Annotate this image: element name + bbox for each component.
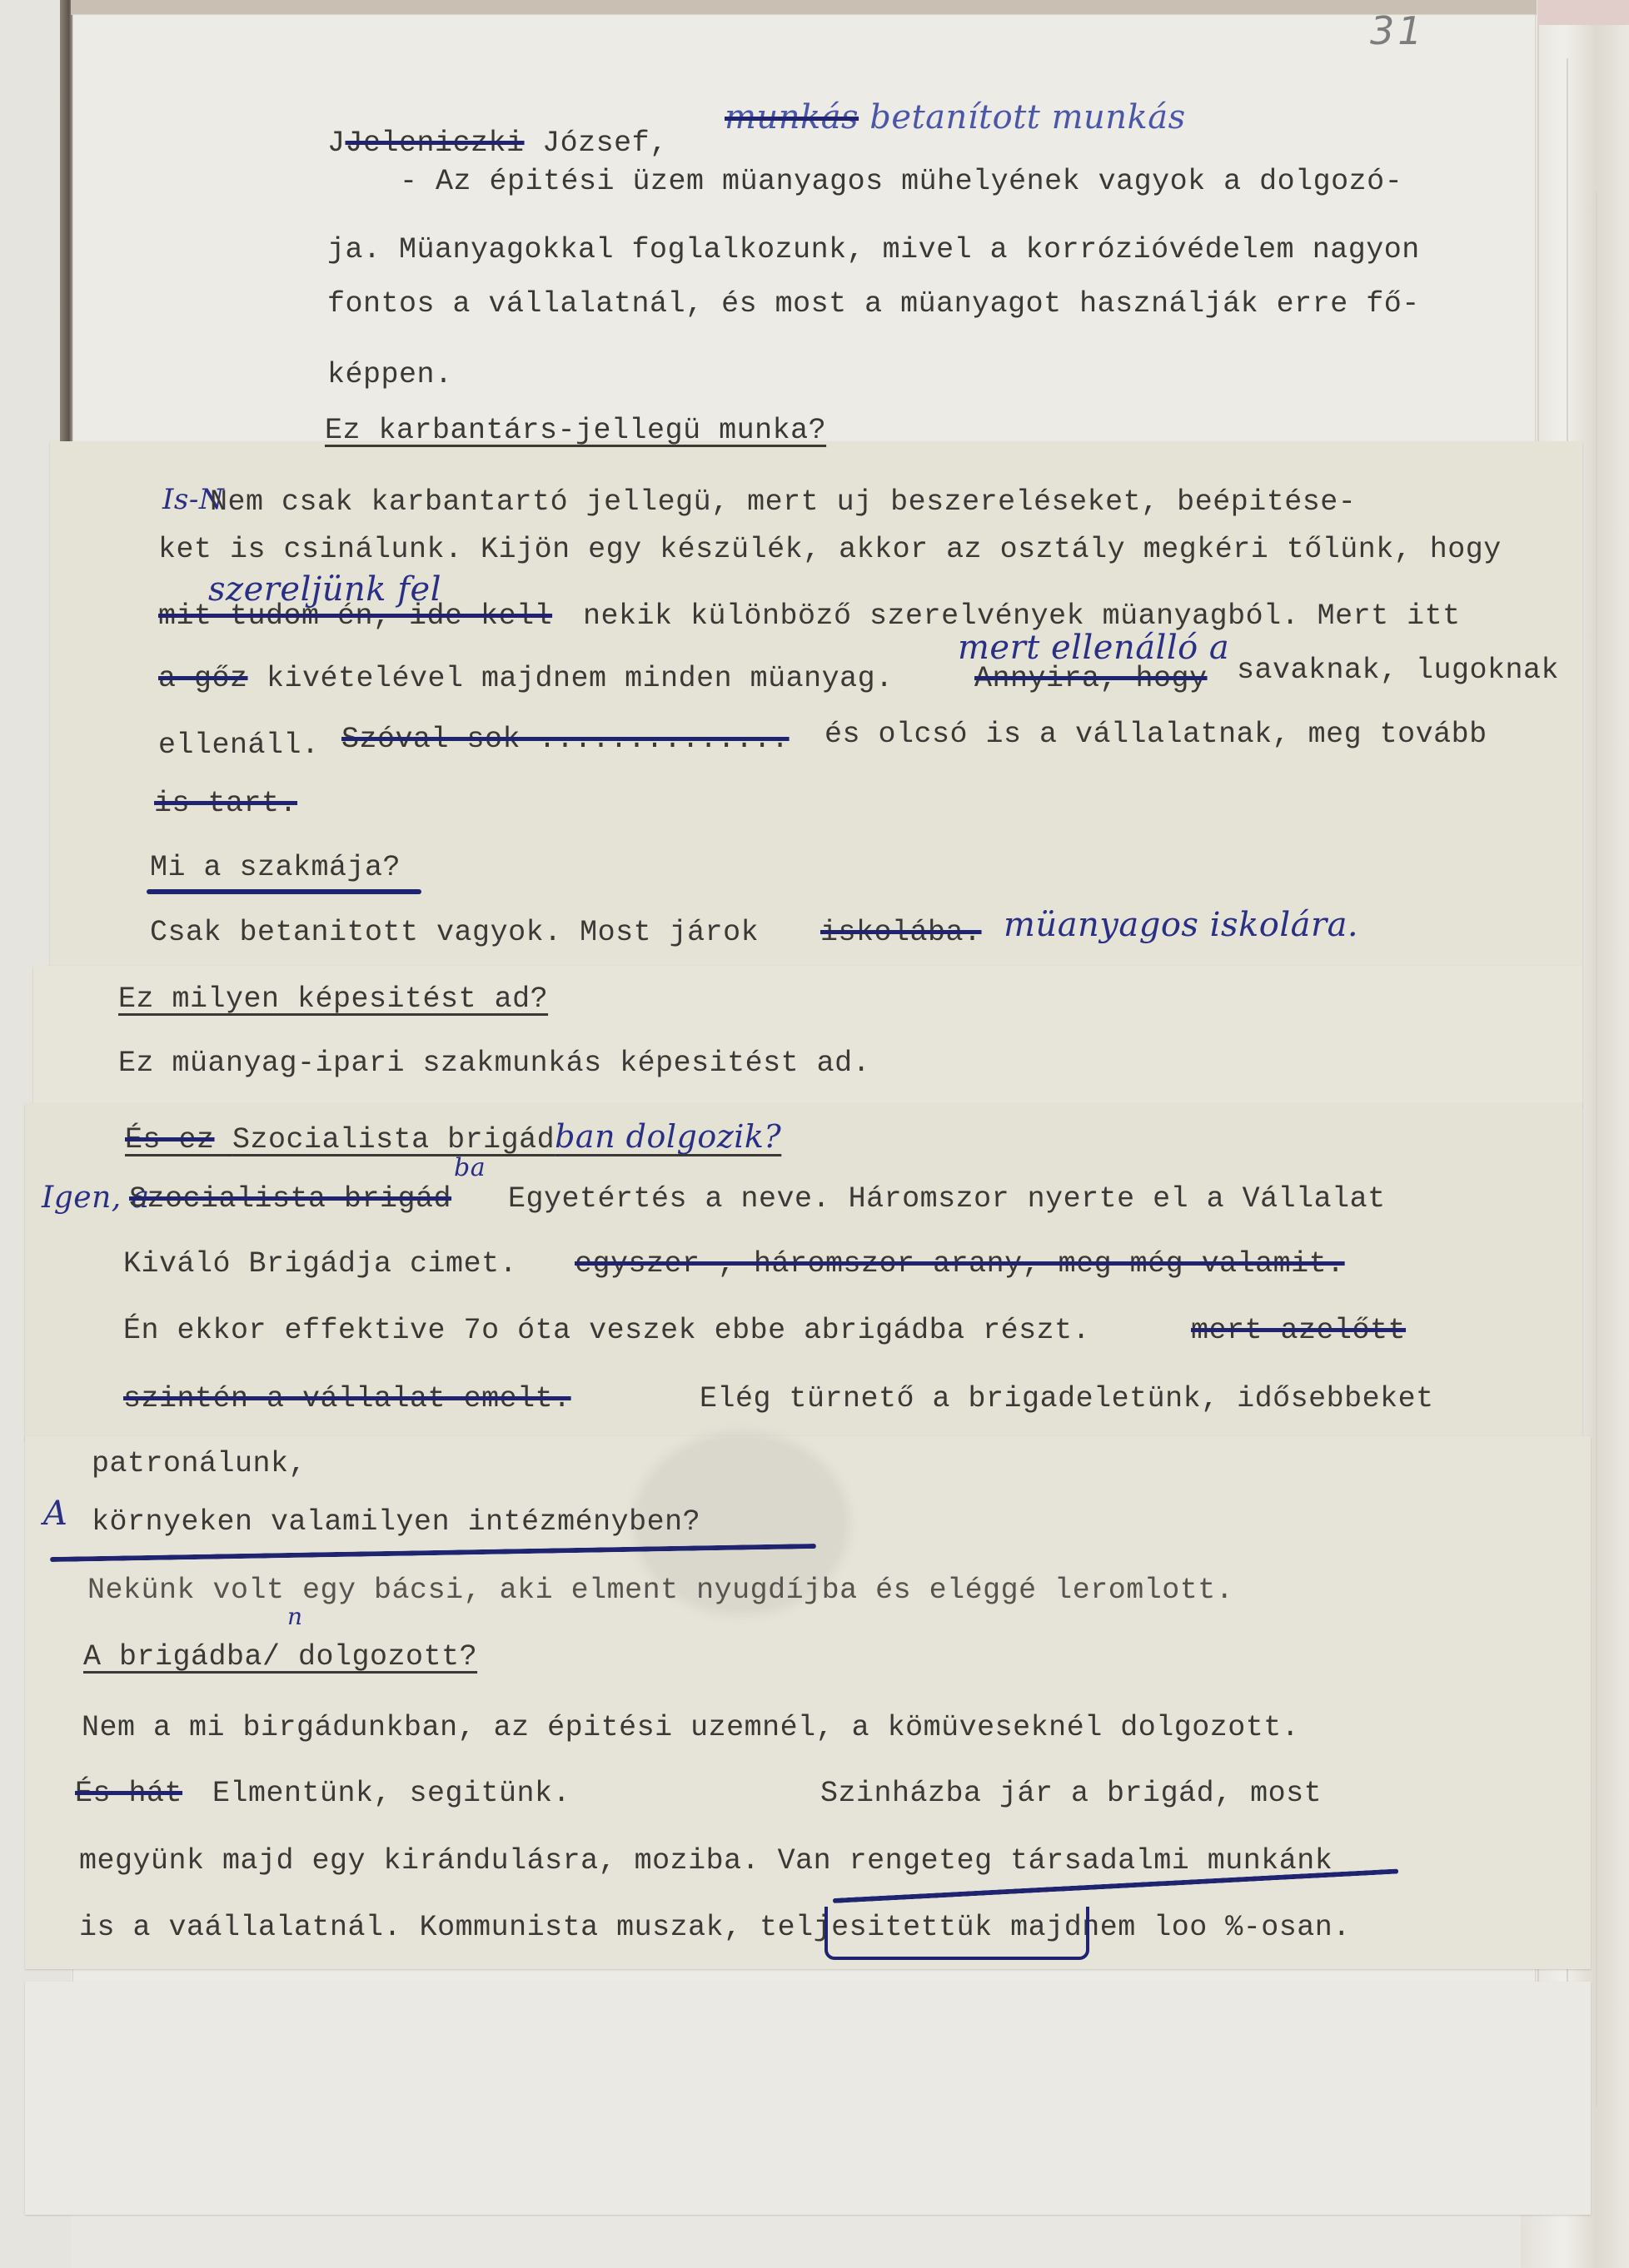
answer-line: ellenáll. xyxy=(158,729,320,762)
handwritten-insert: ba xyxy=(454,1153,486,1182)
answer-line: - Az épitési üzem müanyagos mühelyének v… xyxy=(400,165,1402,198)
answer-line: nekik különböző szerelvények müanyagból.… xyxy=(583,599,1461,633)
answer-line: Ez müanyag-ipari szakmunkás képesitést a… xyxy=(118,1047,870,1080)
struck-text: És hát xyxy=(75,1777,182,1810)
struck-text: mert azelőtt xyxy=(1191,1314,1406,1347)
answer-line: Kiváló Brigádja cimet. xyxy=(123,1247,517,1281)
answer-line: Nekünk volt egy bácsi, aki elment nyugdí… xyxy=(87,1574,1233,1607)
speaker-initial: J xyxy=(327,127,346,160)
speaker-name: József, xyxy=(542,127,668,160)
answer-line: Szinházba jár a brigád, most xyxy=(820,1777,1322,1810)
struck-text: a gőz xyxy=(158,662,248,695)
answer-line: Nem a mi birgádunkban, az épitési uzemné… xyxy=(82,1711,1299,1744)
question-heading: A brigádba/ dolgozott? xyxy=(83,1640,477,1674)
answer-line: megyünk majd egy kirándulásra, moziba. V… xyxy=(79,1844,1333,1878)
answer-line: is a vaállalatnál. Kommunista muszak, te… xyxy=(79,1911,1351,1944)
ink-underline xyxy=(147,889,421,894)
handwritten-insert: n xyxy=(287,1603,303,1630)
question-heading: És ez Szocialista brigádban dolgozik? xyxy=(125,1118,781,1156)
struck-text: Szóval sok .............. xyxy=(341,723,790,756)
question-heading: Mi a szakmája? xyxy=(150,851,401,884)
speaker-line: JJeleniczki József, xyxy=(327,127,668,160)
pasted-strip-1 xyxy=(50,441,1582,966)
answer-line: kivételével majdnem minden müanyag. xyxy=(267,662,894,695)
answer-line: Egyetértés a neve. Háromszor nyerte el a… xyxy=(508,1182,1386,1216)
struck-text: iskolába. xyxy=(820,916,982,949)
answer-line: Nem csak karbantartó jellegü, mert uj be… xyxy=(210,485,1356,519)
answer-line: ket is csinálunk. Kijön egy készülék, ak… xyxy=(158,533,1502,566)
folder-top-edge xyxy=(71,0,1537,15)
question-heading: Ez milyen képesitést ad? xyxy=(118,982,548,1016)
answer-line: Elmentünk, segitünk. xyxy=(212,1777,570,1810)
page-number: 31 xyxy=(1370,8,1426,53)
struck-text: szintén a vállalat emelt. xyxy=(123,1382,571,1415)
struck-text: is tart. xyxy=(154,787,297,820)
struck-text: Szocialista brigád xyxy=(129,1182,451,1216)
answer-line: képpen. xyxy=(327,358,453,391)
answer-line: ja. Müanyagokkal foglalkozunk, mivel a k… xyxy=(327,233,1420,266)
struck-text: mit tudom én, ide kell xyxy=(158,599,552,633)
pasted-strip-5 xyxy=(25,1982,1591,2215)
struck-text: Annyira, hogy xyxy=(974,662,1208,695)
answer-line: és olcsó is a vállalatnak, meg tovább xyxy=(824,718,1487,751)
speaker-annotation: munkás betanított munkás xyxy=(725,98,1186,137)
ink-box-mark xyxy=(824,1907,1089,1960)
handwritten-insert: müanyagos iskolára. xyxy=(1004,906,1358,944)
struck-text: egyszer , háromszor arany, meg még valam… xyxy=(575,1247,1345,1281)
answer-line: Csak betanitott vagyok. Most járok xyxy=(150,916,759,949)
speaker-surname-struck: Jeleniczki xyxy=(346,127,525,160)
handwritten-insert: A xyxy=(43,1495,67,1533)
answer-line: patronálunk, xyxy=(92,1447,306,1480)
answer-line: Elég türnető a brigadeletünk, idősebbeke… xyxy=(700,1382,1434,1415)
question-heading: Ez karbantárs-jellegü munka? xyxy=(325,414,826,447)
answer-line: fontos a vállalatnál, és most a müanyago… xyxy=(327,287,1420,321)
answer-line: savaknak, lugoknak xyxy=(1237,654,1559,687)
answer-line: Én ekkor effektive 7o óta veszek ebbe ab… xyxy=(123,1314,1090,1347)
question-heading: környeken valamilyen intézményben? xyxy=(92,1505,700,1539)
